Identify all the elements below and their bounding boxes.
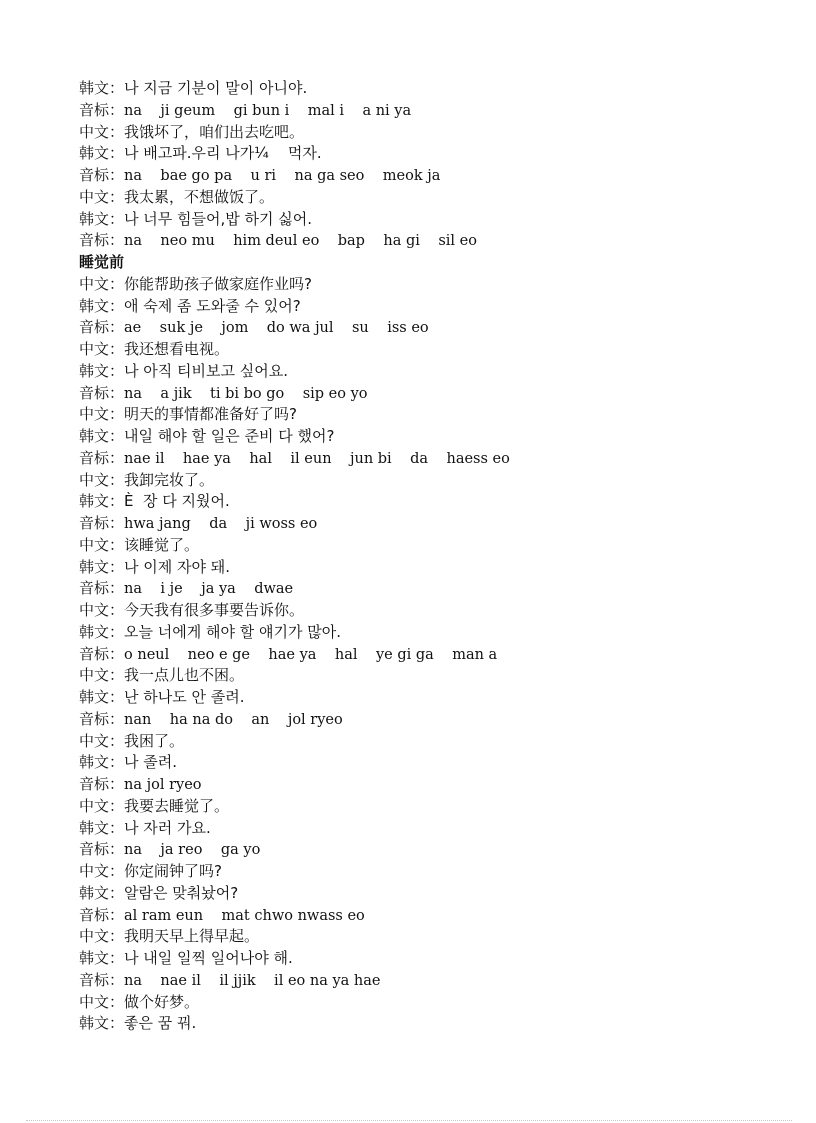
romanization-label: 音标： xyxy=(79,840,124,858)
chinese-line: 中文：我一点儿也不困。 xyxy=(79,665,776,687)
romanization-line: 音标：al ram eun mat chwo nwass eo xyxy=(79,905,776,927)
romanization-label: 音标： xyxy=(79,231,124,249)
chinese-line: 中文：我卸完妆了。 xyxy=(79,470,776,492)
korean-text: 나 졸려. xyxy=(124,753,177,771)
chinese-label: 中文： xyxy=(79,536,124,554)
chinese-label: 中文： xyxy=(79,993,124,1011)
romanization-label: 音标： xyxy=(79,318,124,336)
chinese-label: 中文： xyxy=(79,405,124,423)
chinese-label: 中文： xyxy=(79,471,124,489)
chinese-label: 中文： xyxy=(79,862,124,880)
phrase-list-before-sleep: 中文：你能帮助孩子做家庭作业吗?韩文：애 숙제 좀 도와줄 수 있어?音标：ae… xyxy=(79,274,776,1035)
romanization-text: na bae go pa u ri na ga seo meok ja xyxy=(124,168,440,184)
korean-line: 韩文：È 장 다 지웠어. xyxy=(79,491,776,513)
romanization-line: 音标：na nae il il jjik il eo na ya hae xyxy=(79,970,776,992)
chinese-label: 中文： xyxy=(79,797,124,815)
korean-line: 韩文：나 너무 힘들어,밥 하기 싫어. xyxy=(79,209,776,231)
romanization-label: 音标： xyxy=(79,710,124,728)
korean-text: 나 배고파.우리 나가¼ 먹자. xyxy=(124,144,322,162)
romanization-text: nae il hae ya hal il eun jun bi da haess… xyxy=(124,451,510,467)
korean-line: 韩文：나 아직 티비보고 싶어요. xyxy=(79,361,776,383)
korean-label: 韩文： xyxy=(79,144,124,162)
romanization-text: na ji geum gi bun i mal i a ni ya xyxy=(124,103,411,119)
korean-text: 애 숙제 좀 도와줄 수 있어? xyxy=(124,297,301,315)
chinese-line: 中文：该睡觉了。 xyxy=(79,535,776,557)
chinese-label: 中文： xyxy=(79,666,124,684)
korean-text: 나 이제 자야 돼. xyxy=(124,558,230,576)
chinese-text: 你定闹钟了吗? xyxy=(124,862,222,880)
romanization-text: na ja reo ga yo xyxy=(124,842,260,858)
chinese-text: 我还想看电视。 xyxy=(124,340,229,358)
korean-text: 나 너무 힘들어,밥 하기 싫어. xyxy=(124,210,312,228)
korean-line: 韩文：나 내일 일찍 일어나야 해. xyxy=(79,948,776,970)
chinese-text: 我要去睡觉了。 xyxy=(124,797,229,815)
korean-line: 韩文：나 배고파.우리 나가¼ 먹자. xyxy=(79,143,776,165)
korean-line: 韩文：나 이제 자야 돼. xyxy=(79,557,776,579)
korean-text: 나 지금 기분이 말이 아니야. xyxy=(124,79,307,97)
chinese-line: 中文：我还想看电视。 xyxy=(79,339,776,361)
korean-line: 韩文：난 하나도 안 졸려. xyxy=(79,687,776,709)
korean-label: 韩文： xyxy=(79,297,124,315)
romanization-label: 音标： xyxy=(79,775,124,793)
romanization-line: 音标：na ji geum gi bun i mal i a ni ya xyxy=(79,100,776,122)
korean-line: 韩文：나 자러 가요. xyxy=(79,818,776,840)
korean-line: 韩文：오늘 너에게 해야 할 얘기가 많아. xyxy=(79,622,776,644)
chinese-label: 中文： xyxy=(79,188,124,206)
chinese-text: 我饿坏了，咱们出去吃吧。 xyxy=(124,123,304,141)
korean-label: 韩文： xyxy=(79,1014,124,1032)
romanization-line: 音标：na bae go pa u ri na ga seo meok ja xyxy=(79,165,776,187)
korean-text: 좋은 꿈 꿔. xyxy=(124,1014,196,1032)
chinese-line: 中文：我饿坏了，咱们出去吃吧。 xyxy=(79,122,776,144)
romanization-text: al ram eun mat chwo nwass eo xyxy=(124,908,365,924)
romanization-line: 音标：ae suk je jom do wa jul su iss eo xyxy=(79,317,776,339)
chinese-label: 中文： xyxy=(79,927,124,945)
korean-label: 韩文： xyxy=(79,884,124,902)
romanization-label: 音标： xyxy=(79,971,124,989)
romanization-text: hwa jang da ji woss eo xyxy=(124,516,317,532)
romanization-label: 音标： xyxy=(79,101,124,119)
chinese-label: 中文： xyxy=(79,123,124,141)
chinese-line: 中文：今天我有很多事要告诉你。 xyxy=(79,600,776,622)
romanization-line: 音标：na ja reo ga yo xyxy=(79,839,776,861)
romanization-text: nan ha na do an jol ryeo xyxy=(124,712,343,728)
korean-label: 韩文： xyxy=(79,492,124,510)
chinese-text: 今天我有很多事要告诉你。 xyxy=(124,601,304,619)
romanization-line: 音标：nan ha na do an jol ryeo xyxy=(79,709,776,731)
korean-line: 韩文：애 숙제 좀 도와줄 수 있어? xyxy=(79,296,776,318)
romanization-text: ae suk je jom do wa jul su iss eo xyxy=(124,320,429,336)
chinese-text: 做个好梦。 xyxy=(124,993,199,1011)
chinese-label: 中文： xyxy=(79,340,124,358)
korean-label: 韩文： xyxy=(79,688,124,706)
romanization-line: 音标：o neul neo e ge hae ya hal ye gi ga m… xyxy=(79,644,776,666)
romanization-line: 音标：na jol ryeo xyxy=(79,774,776,796)
chinese-label: 中文： xyxy=(79,601,124,619)
romanization-label: 音标： xyxy=(79,449,124,467)
romanization-label: 音标： xyxy=(79,166,124,184)
romanization-text: na jol ryeo xyxy=(124,777,202,793)
korean-text: 나 아직 티비보고 싶어요. xyxy=(124,362,288,380)
korean-line: 韩文：내일 해야 할 일은 준비 다 했어? xyxy=(79,426,776,448)
korean-text: 나 자러 가요. xyxy=(124,819,211,837)
romanization-label: 音标： xyxy=(79,579,124,597)
document-page: 韩文：나 지금 기분이 말이 아니야.音标：na ji geum gi bun … xyxy=(79,78,776,1035)
romanization-line: 音标：na i je ja ya dwae xyxy=(79,578,776,600)
chinese-text: 我太累，不想做饭了。 xyxy=(124,188,274,206)
korean-text: È 장 다 지웠어. xyxy=(124,492,230,510)
chinese-line: 中文：我困了。 xyxy=(79,731,776,753)
romanization-line: 音标：hwa jang da ji woss eo xyxy=(79,513,776,535)
korean-label: 韩文： xyxy=(79,753,124,771)
chinese-text: 该睡觉了。 xyxy=(124,536,199,554)
romanization-line: 音标：nae il hae ya hal il eun jun bi da ha… xyxy=(79,448,776,470)
romanization-text: o neul neo e ge hae ya hal ye gi ga man … xyxy=(124,647,497,663)
korean-label: 韩文： xyxy=(79,210,124,228)
korean-label: 韩文： xyxy=(79,362,124,380)
korean-label: 韩文： xyxy=(79,949,124,967)
romanization-text: na a jik ti bi bo go sip eo yo xyxy=(124,386,368,402)
chinese-text: 我卸完妆了。 xyxy=(124,471,214,489)
korean-label: 韩文： xyxy=(79,558,124,576)
chinese-text: 我一点儿也不困。 xyxy=(124,666,244,684)
page-bottom-divider xyxy=(26,1120,792,1121)
korean-label: 韩文： xyxy=(79,623,124,641)
korean-text: 오늘 너에게 해야 할 얘기가 많아. xyxy=(124,623,341,641)
romanization-label: 音标： xyxy=(79,645,124,663)
romanization-text: na i je ja ya dwae xyxy=(124,581,293,597)
chinese-line: 中文：我明天早上得早起。 xyxy=(79,926,776,948)
chinese-text: 我明天早上得早起。 xyxy=(124,927,259,945)
chinese-line: 中文：你定闹钟了吗? xyxy=(79,861,776,883)
korean-text: 난 하나도 안 졸려. xyxy=(124,688,245,706)
korean-text: 나 내일 일찍 일어나야 해. xyxy=(124,949,293,967)
romanization-label: 音标： xyxy=(79,514,124,532)
korean-label: 韩文： xyxy=(79,427,124,445)
romanization-line: 音标：na a jik ti bi bo go sip eo yo xyxy=(79,383,776,405)
chinese-line: 中文：你能帮助孩子做家庭作业吗? xyxy=(79,274,776,296)
chinese-line: 中文：做个好梦。 xyxy=(79,992,776,1014)
chinese-label: 中文： xyxy=(79,275,124,293)
korean-label: 韩文： xyxy=(79,79,124,97)
chinese-line: 中文：我太累，不想做饭了。 xyxy=(79,187,776,209)
chinese-text: 明天的事情都准备好了吗? xyxy=(124,405,297,423)
korean-line: 韩文：나 졸려. xyxy=(79,752,776,774)
korean-label: 韩文： xyxy=(79,819,124,837)
romanization-label: 音标： xyxy=(79,384,124,402)
chinese-text: 你能帮助孩子做家庭作业吗? xyxy=(124,275,312,293)
section-heading: 睡觉前 xyxy=(79,252,776,274)
romanization-line: 音标：na neo mu him deul eo bap ha gi sil e… xyxy=(79,230,776,252)
korean-text: 알람은 맞춰놨어? xyxy=(124,884,238,902)
chinese-line: 中文：明天的事情都准备好了吗? xyxy=(79,404,776,426)
chinese-label: 中文： xyxy=(79,732,124,750)
chinese-line: 中文：我要去睡觉了。 xyxy=(79,796,776,818)
romanization-text: na nae il il jjik il eo na ya hae xyxy=(124,973,380,989)
chinese-text: 我困了。 xyxy=(124,732,184,750)
korean-line: 韩文：좋은 꿈 꿔. xyxy=(79,1013,776,1035)
korean-text: 내일 해야 할 일은 준비 다 했어? xyxy=(124,427,334,445)
romanization-label: 音标： xyxy=(79,906,124,924)
korean-line: 韩文：알람은 맞춰놨어? xyxy=(79,883,776,905)
romanization-text: na neo mu him deul eo bap ha gi sil eo xyxy=(124,233,477,249)
korean-line: 韩文：나 지금 기분이 말이 아니야. xyxy=(79,78,776,100)
phrase-list-previous-section: 韩文：나 지금 기분이 말이 아니야.音标：na ji geum gi bun … xyxy=(79,78,776,252)
